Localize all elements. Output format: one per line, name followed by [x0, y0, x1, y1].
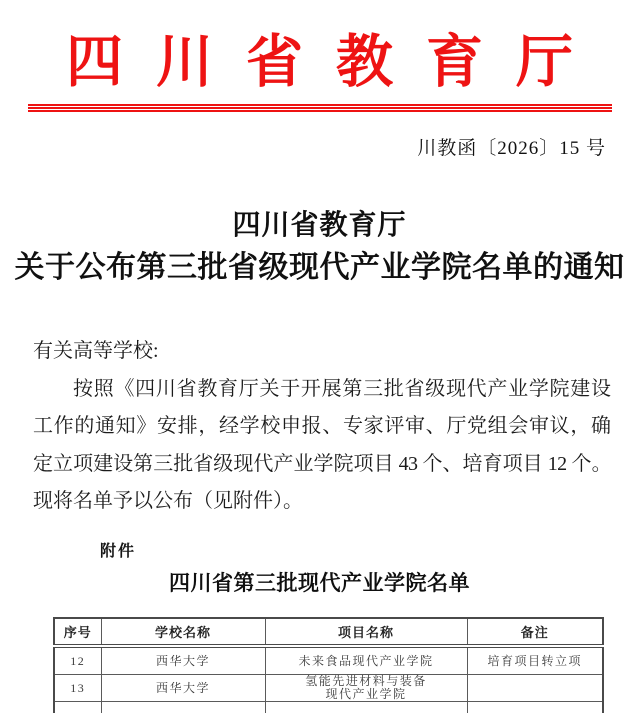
cell-index	[54, 702, 101, 714]
table-row-partial	[54, 702, 603, 714]
col-header-school: 学校名称	[101, 618, 265, 646]
paragraph-line: 现将名单予以公布（见附件）。	[33, 483, 611, 521]
cell-project: 氢能先进材料与装备 现代产业学院	[265, 675, 467, 702]
paragraph-line: 按照《四川省教育厅关于开展第三批省级现代产业学院建设	[33, 371, 611, 409]
cell-project	[265, 702, 467, 714]
col-header-note: 备注	[467, 618, 603, 646]
cell-index: 12	[54, 646, 101, 675]
document-page: 四川省教育厅 川教函〔2026〕15 号 四川省教育厅 关于公布第三批省级现代产…	[0, 0, 639, 716]
cell-note: 培育项目转立项	[467, 646, 603, 675]
doc-number: 川教函〔2026〕15 号	[417, 136, 606, 162]
notice-title: 四川省教育厅 关于公布第三批省级现代产业学院名单的通知	[0, 206, 639, 290]
notice-title-line2: 关于公布第三批省级现代产业学院名单的通知	[0, 246, 639, 290]
body-text: 有关高等学校: 按照《四川省教育厅关于开展第三批省级现代产业学院建设 工作的通知…	[33, 333, 611, 521]
table-row: 13 西华大学 氢能先进材料与装备 现代产业学院	[54, 675, 603, 702]
col-header-index: 序号	[54, 618, 101, 646]
salutation: 有关高等学校:	[33, 333, 611, 371]
attachment-table-title: 四川省第三批现代产业学院名单	[0, 568, 639, 598]
attachment-table-container: 序号 学校名称 项目名称 备注 12 西华大学 未来食品现代产业学院 培育项目转…	[53, 617, 602, 713]
paragraph-line: 工作的通知》安排，经学校申报、专家评审、厅党组会审议，确	[33, 408, 611, 446]
table-row: 12 西华大学 未来食品现代产业学院 培育项目转立项	[54, 646, 603, 675]
cell-project: 未来食品现代产业学院	[265, 646, 467, 675]
attachment-table: 序号 学校名称 项目名称 备注 12 西华大学 未来食品现代产业学院 培育项目转…	[53, 617, 604, 713]
cell-note	[467, 675, 603, 702]
notice-title-line1: 四川省教育厅	[0, 206, 639, 246]
cell-school: 西华大学	[101, 675, 265, 702]
red-divider-line	[28, 104, 612, 112]
cell-school	[101, 702, 265, 714]
cell-note	[467, 702, 603, 714]
col-header-project: 项目名称	[265, 618, 467, 646]
cell-index: 13	[54, 675, 101, 702]
table-header-row: 序号 学校名称 项目名称 备注	[54, 618, 603, 646]
attachment-label: 附件	[100, 542, 136, 562]
agency-title: 四川省教育厅	[0, 30, 639, 100]
paragraph-line: 定立项建设第三批省级现代产业学院项目 43 个、培育项目 12 个。	[33, 446, 611, 484]
cell-school: 西华大学	[101, 646, 265, 675]
